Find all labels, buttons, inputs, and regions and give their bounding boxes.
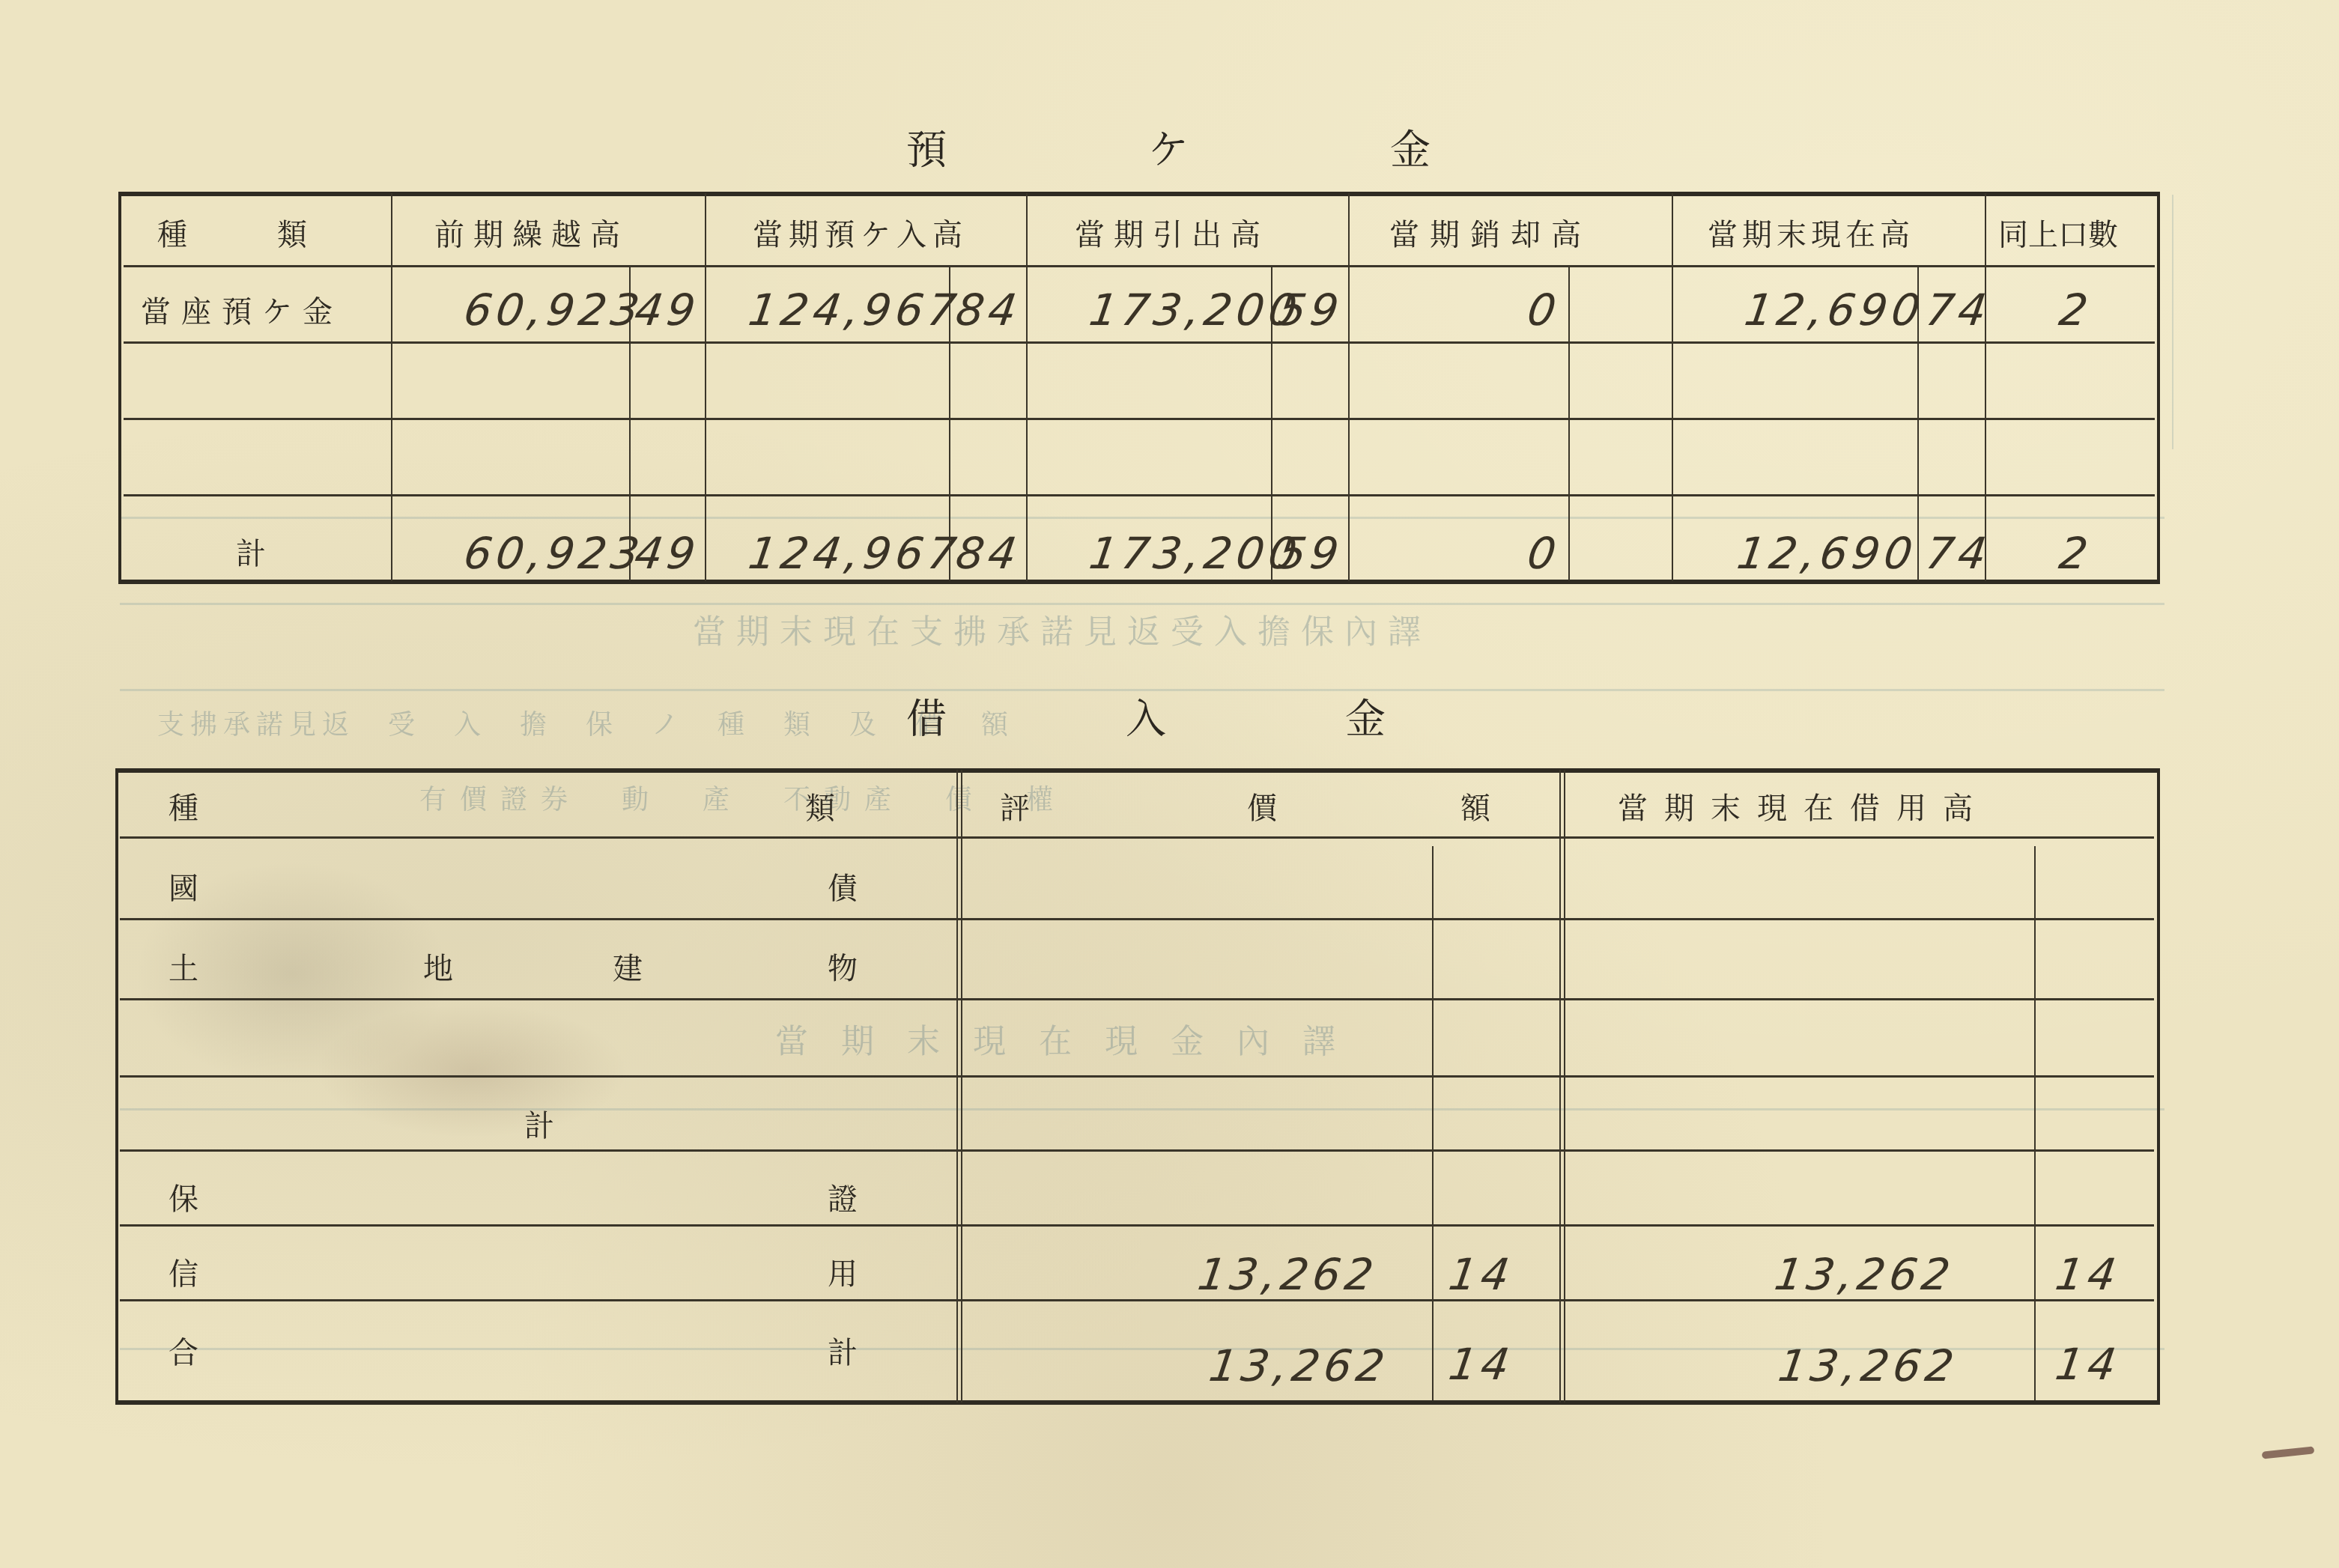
total-appraisal-sen: 14 [1445, 1339, 1517, 1390]
cell-deposited-yen: 124,967 [745, 285, 963, 335]
col-header-written-off: 當期銷却高 [1389, 211, 1592, 254]
total-written-off-yen: 0 [1524, 528, 1563, 579]
borrowings-title: 借 入 金 [906, 687, 1386, 745]
row-type-char: 保 [169, 1176, 198, 1218]
row-type-char: 建 [613, 945, 643, 988]
col-header-type-left: 種 [169, 785, 198, 827]
show-through-text: 支拂承諾見返 受 入 擔 保 ノ 種 類 及 價 額 [157, 704, 1014, 742]
row-type-char: 物 [828, 945, 858, 988]
total-current-borrowed-sen: 14 [2052, 1339, 2123, 1390]
row-type: 當座預ケ金 [141, 288, 343, 331]
total-label-char: 計 [828, 1329, 858, 1372]
row-type-char: 債 [828, 865, 858, 908]
cell-current-borrowed-sen: 14 [2052, 1249, 2123, 1300]
cell-prior-balance-yen: 60,923 [461, 285, 647, 335]
col-header-current-balance: 當期末現在高 [1708, 211, 1914, 254]
col-header-deposited: 當期預ケ入高 [753, 211, 968, 254]
cell-withdrawn-sen: 59 [1275, 285, 1346, 335]
row-type-char: 國 [169, 865, 198, 908]
total-withdrawn-sen: 59 [1275, 528, 1346, 579]
col-header-prior-balance: 前期繰越高 [434, 211, 629, 254]
row-type-char: 信 [169, 1251, 198, 1293]
total-label: 計 [236, 530, 266, 573]
col-header-type-right: 類 [805, 785, 835, 827]
cell-written-off-yen: 0 [1524, 285, 1563, 335]
title-char: 金 [1345, 687, 1386, 745]
col-header-type: 種 類 [157, 211, 307, 254]
title-char: 金 [1390, 118, 1431, 176]
total-current-borrowed-yen: 13,262 [1775, 1340, 1962, 1391]
title-char: ケ [1148, 118, 1189, 176]
total-appraisal-yen: 13,262 [1206, 1340, 1392, 1391]
col-header-appraisal-1: 評 [1000, 785, 1030, 827]
show-through-text: 當期末現在支拂承諾見返受入擔保內譯 [693, 605, 1431, 653]
col-header-appraisal-3: 額 [1460, 785, 1490, 827]
title-char: 入 [1126, 687, 1166, 745]
col-header-appraisal-2: 價 [1247, 785, 1277, 827]
total-deposited-sen: 84 [953, 528, 1024, 579]
row-type-char: 證 [828, 1176, 858, 1218]
subtotal-label: 計 [524, 1102, 554, 1145]
cell-current-borrowed-yen: 13,262 [1771, 1249, 1958, 1300]
total-prior-balance-yen: 60,923 [461, 528, 647, 579]
cell-withdrawn-yen: 173,200 [1086, 285, 1304, 335]
deposits-title: 預 ケ 金 [906, 118, 1431, 176]
col-header-withdrawn: 當期引出高 [1075, 211, 1269, 254]
total-accounts: 2 [2056, 528, 2095, 579]
row-type-char: 地 [423, 945, 453, 988]
total-deposited-yen: 124,967 [745, 528, 963, 579]
row-type-char: 用 [828, 1251, 858, 1293]
total-withdrawn-yen: 173,200 [1086, 528, 1304, 579]
title-char: 預 [906, 118, 947, 176]
total-label-char: 合 [169, 1329, 198, 1372]
cell-appraisal-yen: 13,262 [1195, 1249, 1381, 1300]
show-through-text: 有價證券 動 產 不動產 債 權 [419, 779, 1067, 817]
cell-current-balance-sen: 74 [1923, 285, 1994, 335]
cell-appraisal-sen: 14 [1445, 1249, 1517, 1300]
total-current-balance-sen: 74 [1923, 528, 1994, 579]
col-header-current-borrowed: 當期末現在借用高 [1618, 785, 1989, 827]
row-type-char: 土 [169, 945, 198, 988]
cell-accounts: 2 [2056, 285, 2095, 335]
cell-current-balance-yen: 12,690 [1741, 285, 1928, 335]
cell-deposited-sen: 84 [953, 285, 1024, 335]
title-char: 借 [906, 687, 947, 745]
total-prior-balance-sen: 49 [631, 528, 703, 579]
total-current-balance-yen: 12,690 [1734, 528, 1920, 579]
show-through-text: 當期末現在現金內譯 [775, 1015, 1368, 1063]
col-header-accounts: 同上口數 [1998, 211, 2118, 254]
cell-prior-balance-sen: 49 [631, 285, 703, 335]
